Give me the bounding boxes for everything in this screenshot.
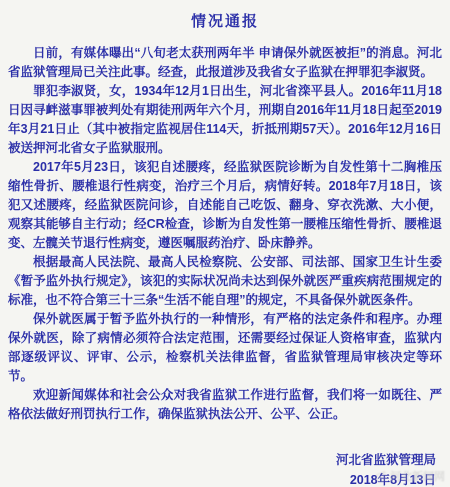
weibo-eye-icon [374,470,387,483]
notice-page: 情况通报 日前，有媒体曝出“八旬老太获刑两年半 申请保外就医被拒”的消息。河北省… [0,0,450,487]
notice-paragraph-6: 欢迎新闻媒体和社会公众对我省监狱工作进行监督，我们将一如既往、严格依法做好刑罚执… [8,386,442,424]
notice-paragraph-5: 保外就医属于暂予监外执行的一种情形，有严格的法定条件和程序。办理保外就医，除了病… [8,310,442,386]
weibo-watermark: 河北新闻网 [374,468,445,484]
notice-body: 日前，有媒体曝出“八旬老太获刑两年半 申请保外就医被拒”的消息。河北省监狱管理局… [0,44,450,424]
signature-org: 河北省监狱管理局 [0,450,436,470]
watermark-text: 河北新闻网 [390,468,445,484]
notice-paragraph-4: 根据最高人民法院、最高人民检察院、公安部、司法部、国家卫生计生委《暂予监外执行规… [8,253,442,310]
notice-paragraph-3: 2017年5月23日，该犯自述腰疼，经监狱医院诊断为自发性第十二胸椎压缩性骨折、… [8,158,442,253]
notice-title: 情况通报 [0,0,450,32]
signature-date: 2018年8月13日 [0,470,436,487]
notice-paragraph-2: 罪犯李淑贤，女，1934年12月1日出生，河北省滦平县人。2016年11月18日… [8,82,442,158]
notice-paragraph-1: 日前，有媒体曝出“八旬老太获刑两年半 申请保外就医被拒”的消息。河北省监狱管理局… [8,44,442,82]
